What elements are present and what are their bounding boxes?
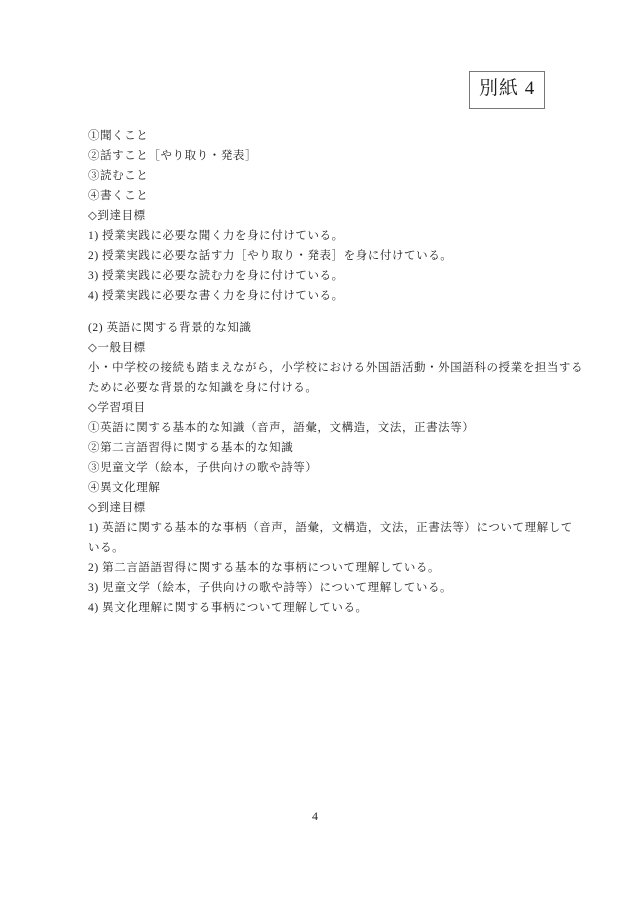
section-divider-space [88, 306, 630, 318]
general-goal-line-2: ために必要な背景的な知識を身に付ける。 [88, 378, 630, 398]
attainment-goal-1: 1) 授業実践に必要な聞く力を身に付けている。 [88, 226, 630, 246]
general-goal-line-1: 小・中学校の接続も踏まえながら，小学校における外国語活動・外国語科の授業を担当す… [88, 358, 630, 378]
s2-attainment-goal-1-line-1: 1) 英語に関する基本的な事柄（音声，語彙，文構造，文法，正書法等）について理解… [88, 518, 630, 538]
attainment-goal-4: 4) 授業実践に必要な書く力を身に付けている。 [88, 286, 630, 306]
study-item-childrens-literature: ③児童文学（絵本，子供向けの歌や詩等） [88, 458, 630, 478]
attainment-goals-heading-2: ◇到達目標 [88, 498, 630, 518]
s2-attainment-goal-2: 2) 第二言語語習得に関する基本的な事柄について理解している。 [88, 558, 630, 578]
skill-item-listening: ①聞くこと [88, 126, 630, 146]
study-item-english-knowledge: ①英語に関する基本的な知識（音声，語彙，文構造，文法，正書法等） [88, 418, 630, 438]
skill-item-writing: ④書くこと [88, 186, 630, 206]
study-item-cross-cultural: ④異文化理解 [88, 478, 630, 498]
s2-attainment-goal-3: 3) 児童文学（絵本，子供向けの歌や詩等）について理解している。 [88, 578, 630, 598]
appendix-tag: 別紙 4 [469, 71, 545, 109]
attainment-goals-heading: ◇到達目標 [88, 206, 630, 226]
document-body: ①聞くこと ②話すこと［やり取り・発表］ ③読むこと ④書くこと ◇到達目標 1… [88, 126, 630, 618]
page-number: 4 [0, 808, 630, 824]
skill-item-reading: ③読むこと [88, 166, 630, 186]
study-items-heading: ◇学習項目 [88, 398, 630, 418]
section2-title: (2) 英語に関する背景的な知識 [88, 318, 630, 338]
s2-attainment-goal-1-line-2: いる。 [88, 538, 630, 558]
attainment-goal-3: 3) 授業実践に必要な読む力を身に付けている。 [88, 266, 630, 286]
s2-attainment-goal-4: 4) 異文化理解に関する事柄について理解している。 [88, 598, 630, 618]
attainment-goal-2: 2) 授業実践に必要な話す力［やり取り・発表］を身に付けている。 [88, 246, 630, 266]
general-goal-heading: ◇一般目標 [88, 338, 630, 358]
study-item-second-language: ②第二言語習得に関する基本的な知識 [88, 438, 630, 458]
skill-item-speaking: ②話すこと［やり取り・発表］ [88, 146, 630, 166]
